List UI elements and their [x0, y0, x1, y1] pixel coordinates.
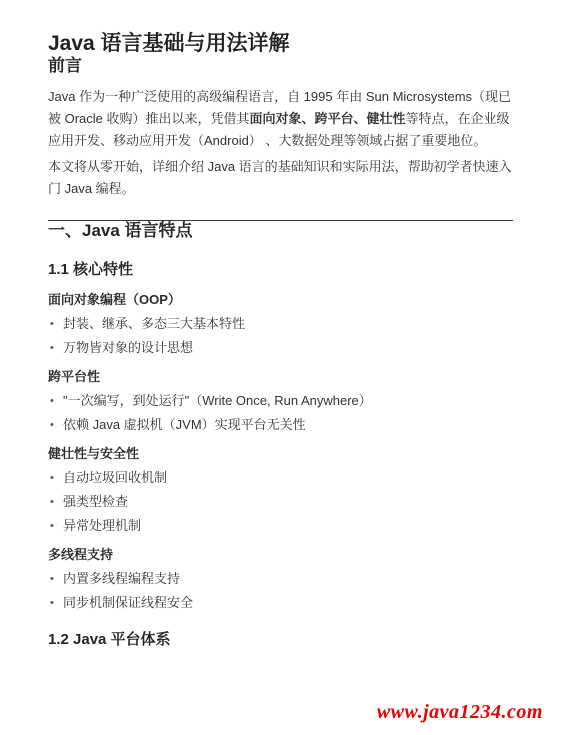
bullet-icon: • — [48, 316, 63, 332]
bullet-icon: • — [48, 595, 63, 611]
section1-1-heading: 1.1 核心特性 — [48, 261, 513, 279]
list-item: •"一次编写，到处运行"（Write Once, Run Anywhere） — [48, 393, 513, 409]
list-item-text: 万物皆对象的设计思想 — [63, 340, 193, 356]
list-item-text: 内置多线程编程支持 — [63, 571, 180, 587]
feature-list-multithreading: •内置多线程编程支持 •同步机制保证线程安全 — [48, 571, 513, 611]
bullet-icon: • — [48, 340, 63, 356]
list-item: •自动垃圾回收机制 — [48, 470, 513, 486]
list-item: •异常处理机制 — [48, 518, 513, 534]
bullet-icon: • — [48, 571, 63, 587]
list-item-text: 封装、继承、多态三大基本特性 — [63, 316, 245, 332]
section1-2-heading: 1.2 Java 平台体系 — [48, 631, 513, 649]
feature-group-title-robustness: 健壮性与安全性 — [48, 446, 513, 462]
list-item-text: 依赖 Java 虚拟机（JVM）实现平台无关性 — [63, 417, 306, 433]
feature-list-oop: •封装、继承、多态三大基本特性 •万物皆对象的设计思想 — [48, 316, 513, 356]
list-item: •依赖 Java 虚拟机（JVM）实现平台无关性 — [48, 417, 513, 433]
feature-list-cross-platform: •"一次编写，到处运行"（Write Once, Run Anywhere） •… — [48, 393, 513, 433]
list-item-text: 同步机制保证线程安全 — [63, 595, 193, 611]
list-item-text: 异常处理机制 — [63, 518, 141, 534]
watermark-url: www.java1234.com — [377, 701, 543, 724]
document-page: Java 语言基础与用法详解 前言 Java 作为一种广泛使用的高级编程语言，自… — [0, 31, 561, 649]
list-item-text: 自动垃圾回收机制 — [63, 470, 167, 486]
list-item: •强类型检查 — [48, 494, 513, 510]
doc-title: Java 语言基础与用法详解 — [48, 31, 513, 56]
preface-paragraph-2: 本文将从零开始，详细介绍 Java 语言的基础知识和实际用法，帮助初学者快速入门… — [48, 156, 513, 200]
preface-paragraph-1: Java 作为一种广泛使用的高级编程语言，自 1995 年由 Sun Micro… — [48, 86, 513, 152]
list-item: •封装、继承、多态三大基本特性 — [48, 316, 513, 332]
feature-group-title-multithreading: 多线程支持 — [48, 547, 513, 563]
section1-heading: 一、Java 语言特点 — [48, 221, 513, 241]
list-item: •同步机制保证线程安全 — [48, 595, 513, 611]
bullet-icon: • — [48, 518, 63, 534]
feature-group-title-cross-platform: 跨平台性 — [48, 369, 513, 385]
preface-heading: 前言 — [48, 56, 513, 76]
bullet-icon: • — [48, 417, 63, 433]
bullet-icon: • — [48, 393, 63, 409]
bullet-icon: • — [48, 494, 63, 510]
bullet-icon: • — [48, 470, 63, 486]
list-item-text: "一次编写，到处运行"（Write Once, Run Anywhere） — [63, 393, 372, 409]
feature-group-title-oop: 面向对象编程（OOP） — [48, 292, 513, 308]
list-item: •万物皆对象的设计思想 — [48, 340, 513, 356]
list-item: •内置多线程编程支持 — [48, 571, 513, 587]
feature-list-robustness: •自动垃圾回收机制 •强类型检查 •异常处理机制 — [48, 470, 513, 534]
preface-p1-bold-keywords: 面向对象、跨平台、健壮性 — [250, 111, 406, 126]
list-item-text: 强类型检查 — [63, 494, 128, 510]
